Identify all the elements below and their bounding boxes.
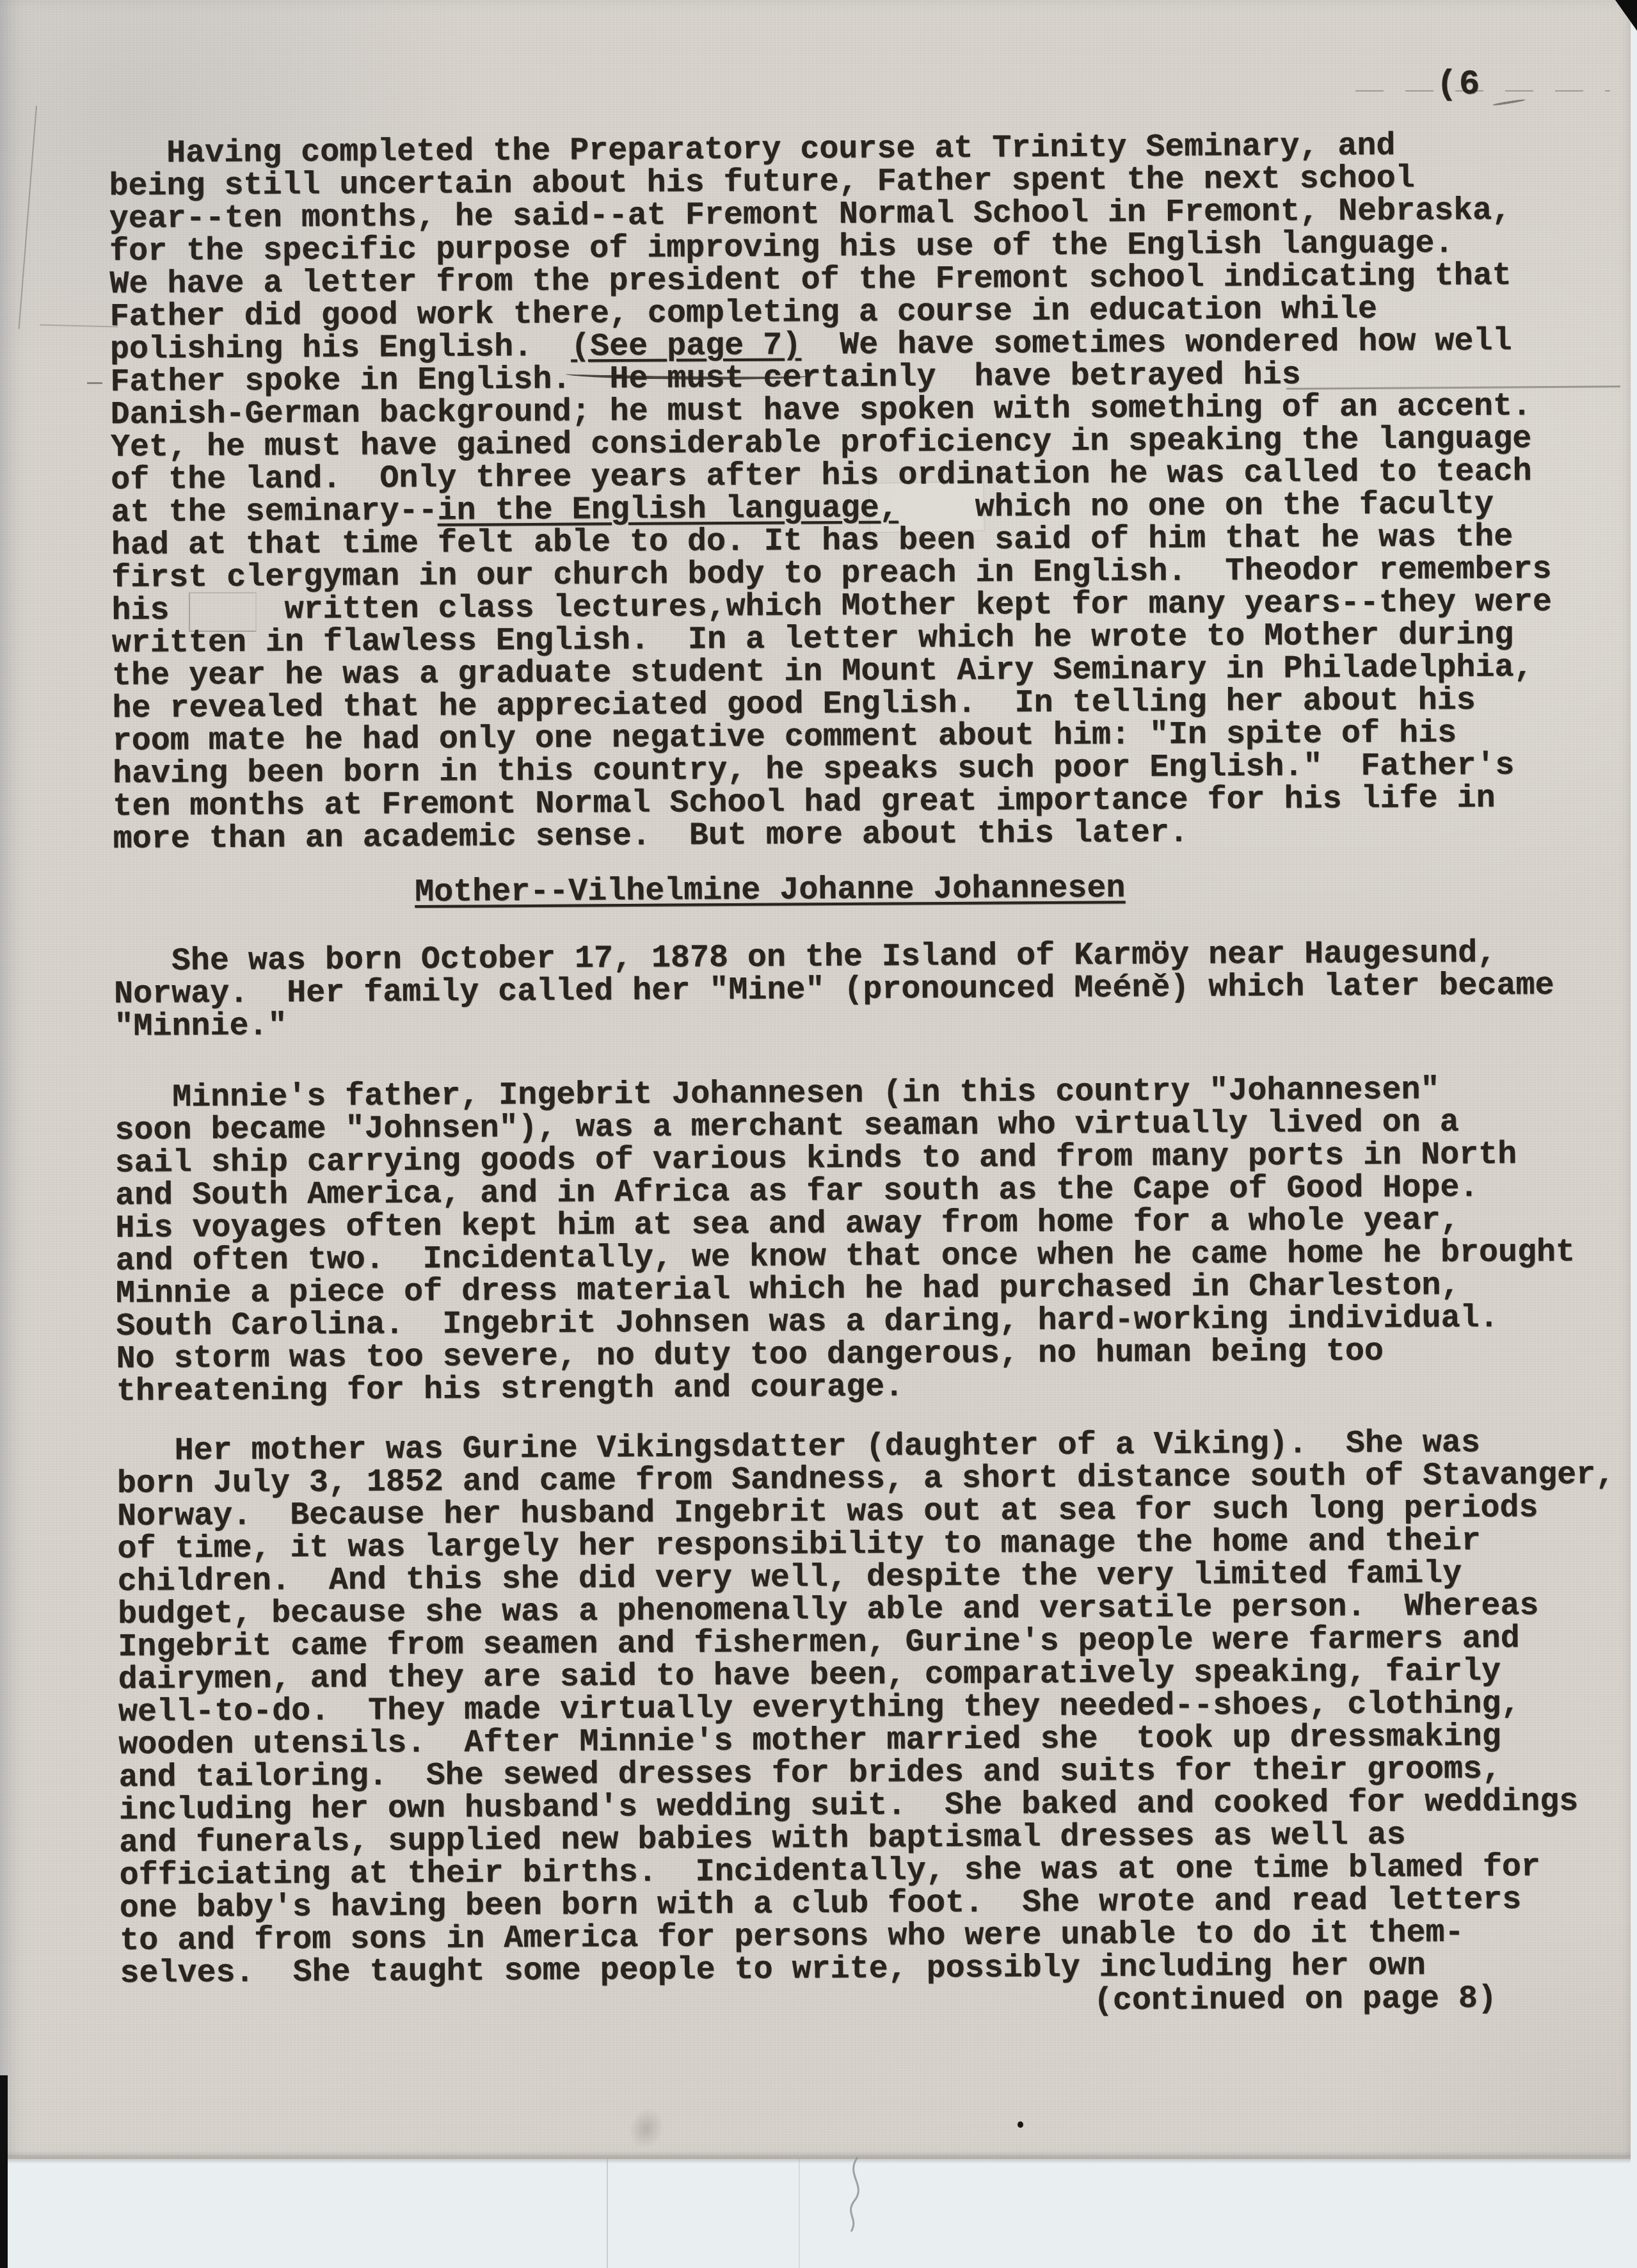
typed-text-block: (6 Having completed the Preparatory cour…	[109, 128, 1637, 2135]
paragraph-mother-birth: She was born October 17, 1878 on the Isl…	[114, 937, 1554, 1043]
text-segment: "Minnie."	[114, 1008, 287, 1045]
text-line: Norway. Her family called her "Mine" (pr…	[114, 969, 1554, 1011]
scanned-page: (6 Having completed the Preparatory cour…	[0, 0, 1637, 2268]
paper-bottom-edge-shadow	[0, 2158, 1631, 2164]
backing-crease	[607, 2159, 608, 2268]
text-segment: threatening for his strength and courage…	[116, 1369, 904, 1410]
section-heading-mother: Mother--Vilhelmine Johanne Johannesen	[415, 872, 1125, 909]
paragraph-minnies-father: Minnie's father, Ingebrit Johannesen (in…	[115, 1073, 1576, 1408]
text-segment: more than an academic sense. But more ab…	[113, 815, 1189, 858]
paragraph-father-english: Having completed the Preparatory course …	[109, 129, 1553, 856]
paragraph-her-mother: Her mother was Gurine Vikingsdatter (dau…	[116, 1426, 1618, 1990]
text-line: more than an academic sense. But more ab…	[113, 814, 1554, 856]
underlined-text: (See page 7)	[571, 327, 801, 365]
text-segment: (continued on page 8)	[1094, 1981, 1497, 2020]
page-number: (6	[1436, 65, 1481, 104]
text-line: threatening for his strength and courage…	[116, 1367, 1576, 1408]
text-line: (continued on page 8)	[1094, 1982, 1497, 2018]
stray-hair-squiggle	[832, 2156, 870, 2233]
underlined-text: Mother--Vilhelmine Johanne Johannesen	[415, 870, 1126, 911]
backing-crease	[799, 2159, 800, 2268]
scan-left-black-edge	[0, 2075, 8, 2268]
text-line: Mother--Vilhelmine Johanne Johannesen	[415, 872, 1125, 909]
continuation-note: (continued on page 8)	[1094, 1982, 1497, 2018]
